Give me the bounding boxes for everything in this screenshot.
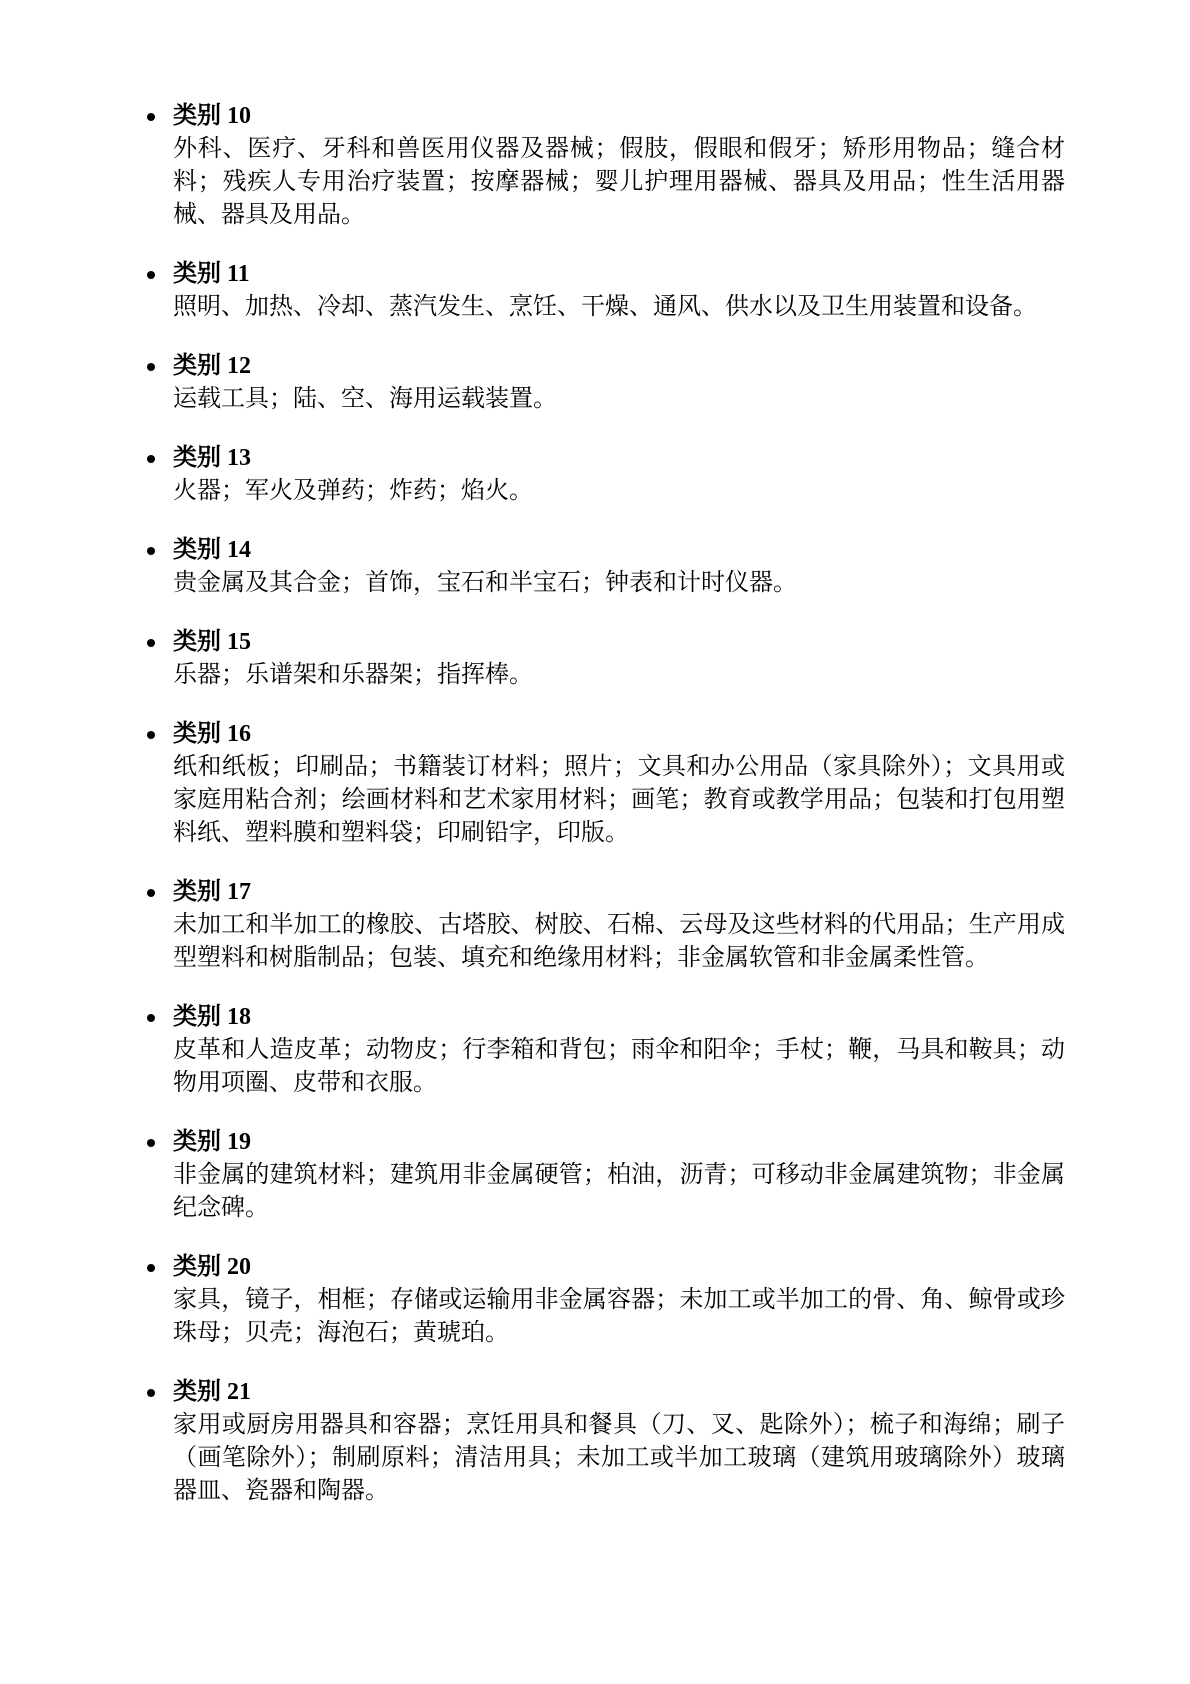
class-item: 类别 17 未加工和半加工的橡胶、古塔胶、树胶、石棉、云母及这些材料的代用品；生… <box>145 876 1065 975</box>
bullet-icon <box>147 731 155 739</box>
class-item: 类别 14 贵金属及其合金；首饰，宝石和半宝石；钟表和计时仪器。 <box>145 534 1065 600</box>
bullet-icon <box>147 455 155 463</box>
bullet-icon <box>147 1014 155 1022</box>
class-description: 火器；军火及弹药；炸药；焰火。 <box>173 475 1065 508</box>
class-description: 纸和纸板；印刷品；书籍装订材料；照片；文具和办公用品（家具除外）；文具用或家庭用… <box>173 751 1065 850</box>
class-description: 非金属的建筑材料；建筑用非金属硬管；柏油，沥青；可移动非金属建筑物；非金属纪念碑… <box>173 1159 1065 1225</box>
class-heading: 类别 19 <box>173 1126 1065 1159</box>
class-item: 类别 15 乐器；乐谱架和乐器架；指挥棒。 <box>145 626 1065 692</box>
class-heading: 类别 10 <box>173 100 1065 133</box>
class-description: 乐器；乐谱架和乐器架；指挥棒。 <box>173 659 1065 692</box>
bullet-icon <box>147 271 155 279</box>
class-description: 外科、医疗、牙科和兽医用仪器及器械；假肢，假眼和假牙；矫形用物品；缝合材料；残疾… <box>173 133 1065 232</box>
class-description: 家具，镜子，相框；存储或运输用非金属容器；未加工或半加工的骨、角、鲸骨或珍珠母；… <box>173 1284 1065 1350</box>
bullet-icon <box>147 889 155 897</box>
class-item: 类别 19 非金属的建筑材料；建筑用非金属硬管；柏油，沥青；可移动非金属建筑物；… <box>145 1126 1065 1225</box>
class-item: 类别 11 照明、加热、冷却、蒸汽发生、烹饪、干燥、通风、供水以及卫生用装置和设… <box>145 258 1065 324</box>
class-heading: 类别 12 <box>173 350 1065 383</box>
class-item: 类别 13 火器；军火及弹药；炸药；焰火。 <box>145 442 1065 508</box>
class-item: 类别 10 外科、医疗、牙科和兽医用仪器及器械；假肢，假眼和假牙；矫形用物品；缝… <box>145 100 1065 232</box>
class-item: 类别 21 家用或厨房用器具和容器；烹饪用具和餐具（刀、叉、匙除外）；梳子和海绵… <box>145 1376 1065 1508</box>
bullet-icon <box>147 1139 155 1147</box>
bullet-icon <box>147 1264 155 1272</box>
class-item: 类别 20 家具，镜子，相框；存储或运输用非金属容器；未加工或半加工的骨、角、鲸… <box>145 1251 1065 1350</box>
class-heading: 类别 14 <box>173 534 1065 567</box>
class-list: 类别 10 外科、医疗、牙科和兽医用仪器及器械；假肢，假眼和假牙；矫形用物品；缝… <box>145 100 1065 1508</box>
class-heading: 类别 20 <box>173 1251 1065 1284</box>
bullet-icon <box>147 1389 155 1397</box>
class-heading: 类别 11 <box>173 258 1065 291</box>
class-heading: 类别 16 <box>173 718 1065 751</box>
class-item: 类别 18 皮革和人造皮革；动物皮；行李箱和背包；雨伞和阳伞；手杖；鞭，马具和鞍… <box>145 1001 1065 1100</box>
bullet-icon <box>147 547 155 555</box>
class-heading: 类别 15 <box>173 626 1065 659</box>
class-heading: 类别 17 <box>173 876 1065 909</box>
bullet-icon <box>147 113 155 121</box>
class-heading: 类别 21 <box>173 1376 1065 1409</box>
bullet-icon <box>147 639 155 647</box>
class-description: 照明、加热、冷却、蒸汽发生、烹饪、干燥、通风、供水以及卫生用装置和设备。 <box>173 291 1065 324</box>
class-item: 类别 12 运载工具；陆、空、海用运载装置。 <box>145 350 1065 416</box>
class-heading: 类别 13 <box>173 442 1065 475</box>
class-description: 贵金属及其合金；首饰，宝石和半宝石；钟表和计时仪器。 <box>173 567 1065 600</box>
class-item: 类别 16 纸和纸板；印刷品；书籍装订材料；照片；文具和办公用品（家具除外）；文… <box>145 718 1065 850</box>
bullet-icon <box>147 363 155 371</box>
class-heading: 类别 18 <box>173 1001 1065 1034</box>
class-description: 运载工具；陆、空、海用运载装置。 <box>173 383 1065 416</box>
class-description: 未加工和半加工的橡胶、古塔胶、树胶、石棉、云母及这些材料的代用品；生产用成型塑料… <box>173 909 1065 975</box>
class-description: 家用或厨房用器具和容器；烹饪用具和餐具（刀、叉、匙除外）；梳子和海绵；刷子（画笔… <box>173 1409 1065 1508</box>
document-page: 类别 10 外科、医疗、牙科和兽医用仪器及器械；假肢，假眼和假牙；矫形用物品；缝… <box>0 0 1190 1684</box>
class-description: 皮革和人造皮革；动物皮；行李箱和背包；雨伞和阳伞；手杖；鞭，马具和鞍具；动物用项… <box>173 1034 1065 1100</box>
